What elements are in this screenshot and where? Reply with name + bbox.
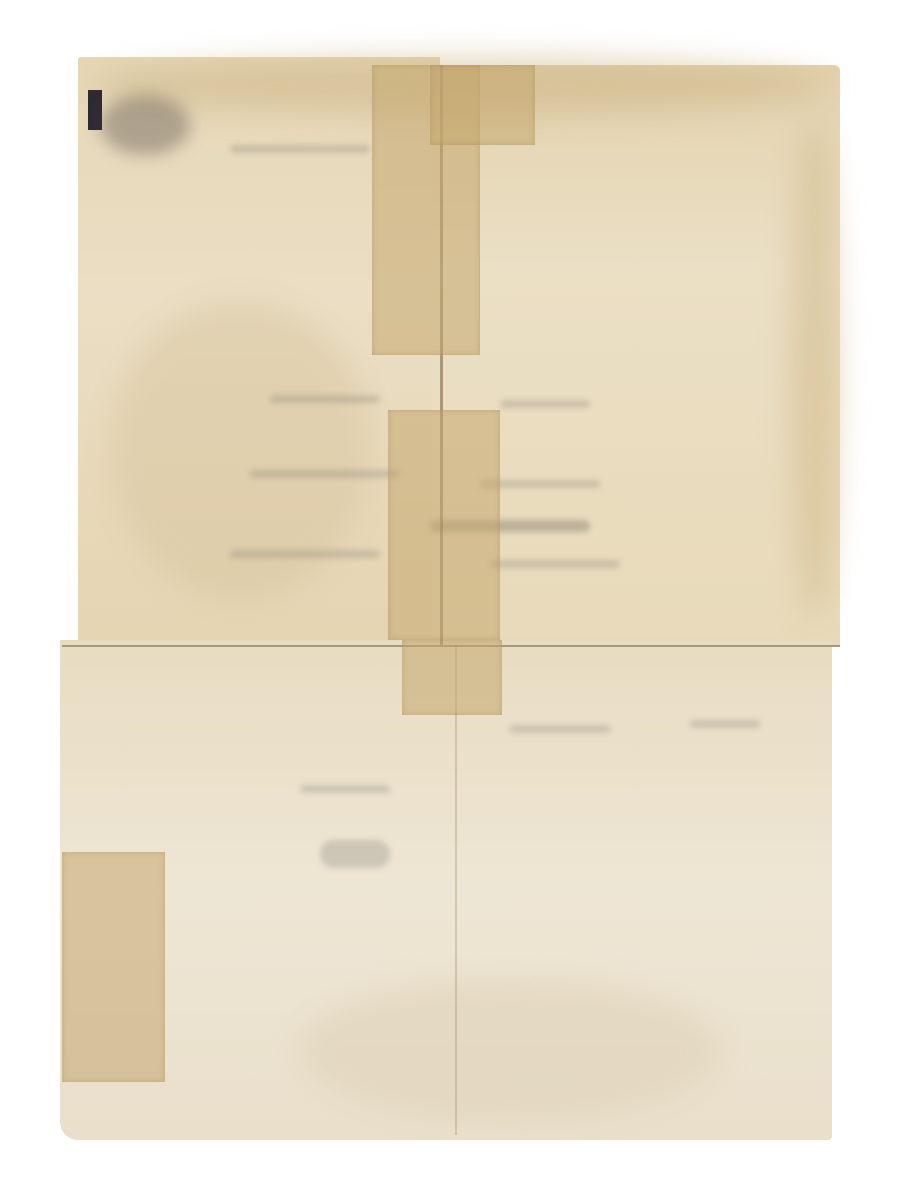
vertical-fold-lower	[455, 645, 457, 1135]
tape-middle-center	[388, 410, 500, 640]
ink-bleed-line	[490, 560, 620, 568]
ink-speckle	[100, 95, 190, 155]
tape-top-right-fold	[430, 65, 535, 145]
ink-bleed-line	[510, 725, 610, 733]
ink-bleed-line	[230, 550, 380, 558]
ink-bleed-line	[690, 720, 760, 728]
edge-stain-right	[790, 120, 840, 620]
ink-bleed-line	[230, 145, 370, 153]
tape-lower-center	[402, 640, 502, 715]
ink-bleed-line	[500, 400, 590, 408]
photo-canvas	[0, 0, 900, 1200]
ink-bleed-line	[250, 470, 400, 478]
ink-bleed-line	[320, 840, 390, 868]
stain-bottom	[300, 980, 720, 1120]
ink-bleed-line	[270, 395, 380, 403]
tape-bottom-left	[62, 852, 165, 1082]
ink-bleed-line	[300, 785, 390, 793]
